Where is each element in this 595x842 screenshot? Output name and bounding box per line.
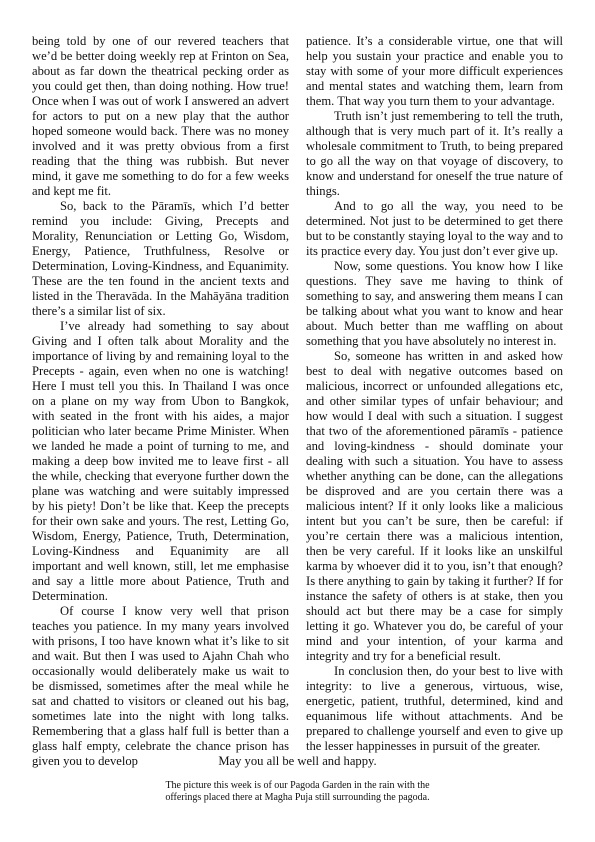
closing-blessing: May you all be well and happy. bbox=[0, 754, 595, 769]
paragraph: So, back to the Pāramīs, which I’d bette… bbox=[32, 199, 289, 319]
paragraph: patience. It’s a considerable virtue, on… bbox=[306, 34, 563, 109]
paragraph: And to go all the way, you need to be de… bbox=[306, 199, 563, 259]
paragraph: So, someone has written in and asked how… bbox=[306, 349, 563, 664]
paragraph: In conclusion then, do your best to live… bbox=[306, 664, 563, 754]
picture-caption: The picture this week is of our Pagoda G… bbox=[0, 780, 595, 804]
caption-line: The picture this week is of our Pagoda G… bbox=[0, 780, 595, 792]
left-column: being told by one of our revered teacher… bbox=[32, 34, 289, 769]
document-page: being told by one of our revered teacher… bbox=[0, 0, 595, 842]
paragraph: being told by one of our revered teacher… bbox=[32, 34, 289, 199]
paragraph: I’ve already had something to say about … bbox=[32, 319, 289, 604]
caption-line: offerings placed there at Magha Puja sti… bbox=[0, 792, 595, 804]
paragraph: Now, some questions. You know how I like… bbox=[306, 259, 563, 349]
paragraph: Of course I know very well that prison t… bbox=[32, 604, 289, 769]
right-column: patience. It’s a considerable virtue, on… bbox=[306, 34, 563, 754]
paragraph: Truth isn’t just remembering to tell the… bbox=[306, 109, 563, 199]
